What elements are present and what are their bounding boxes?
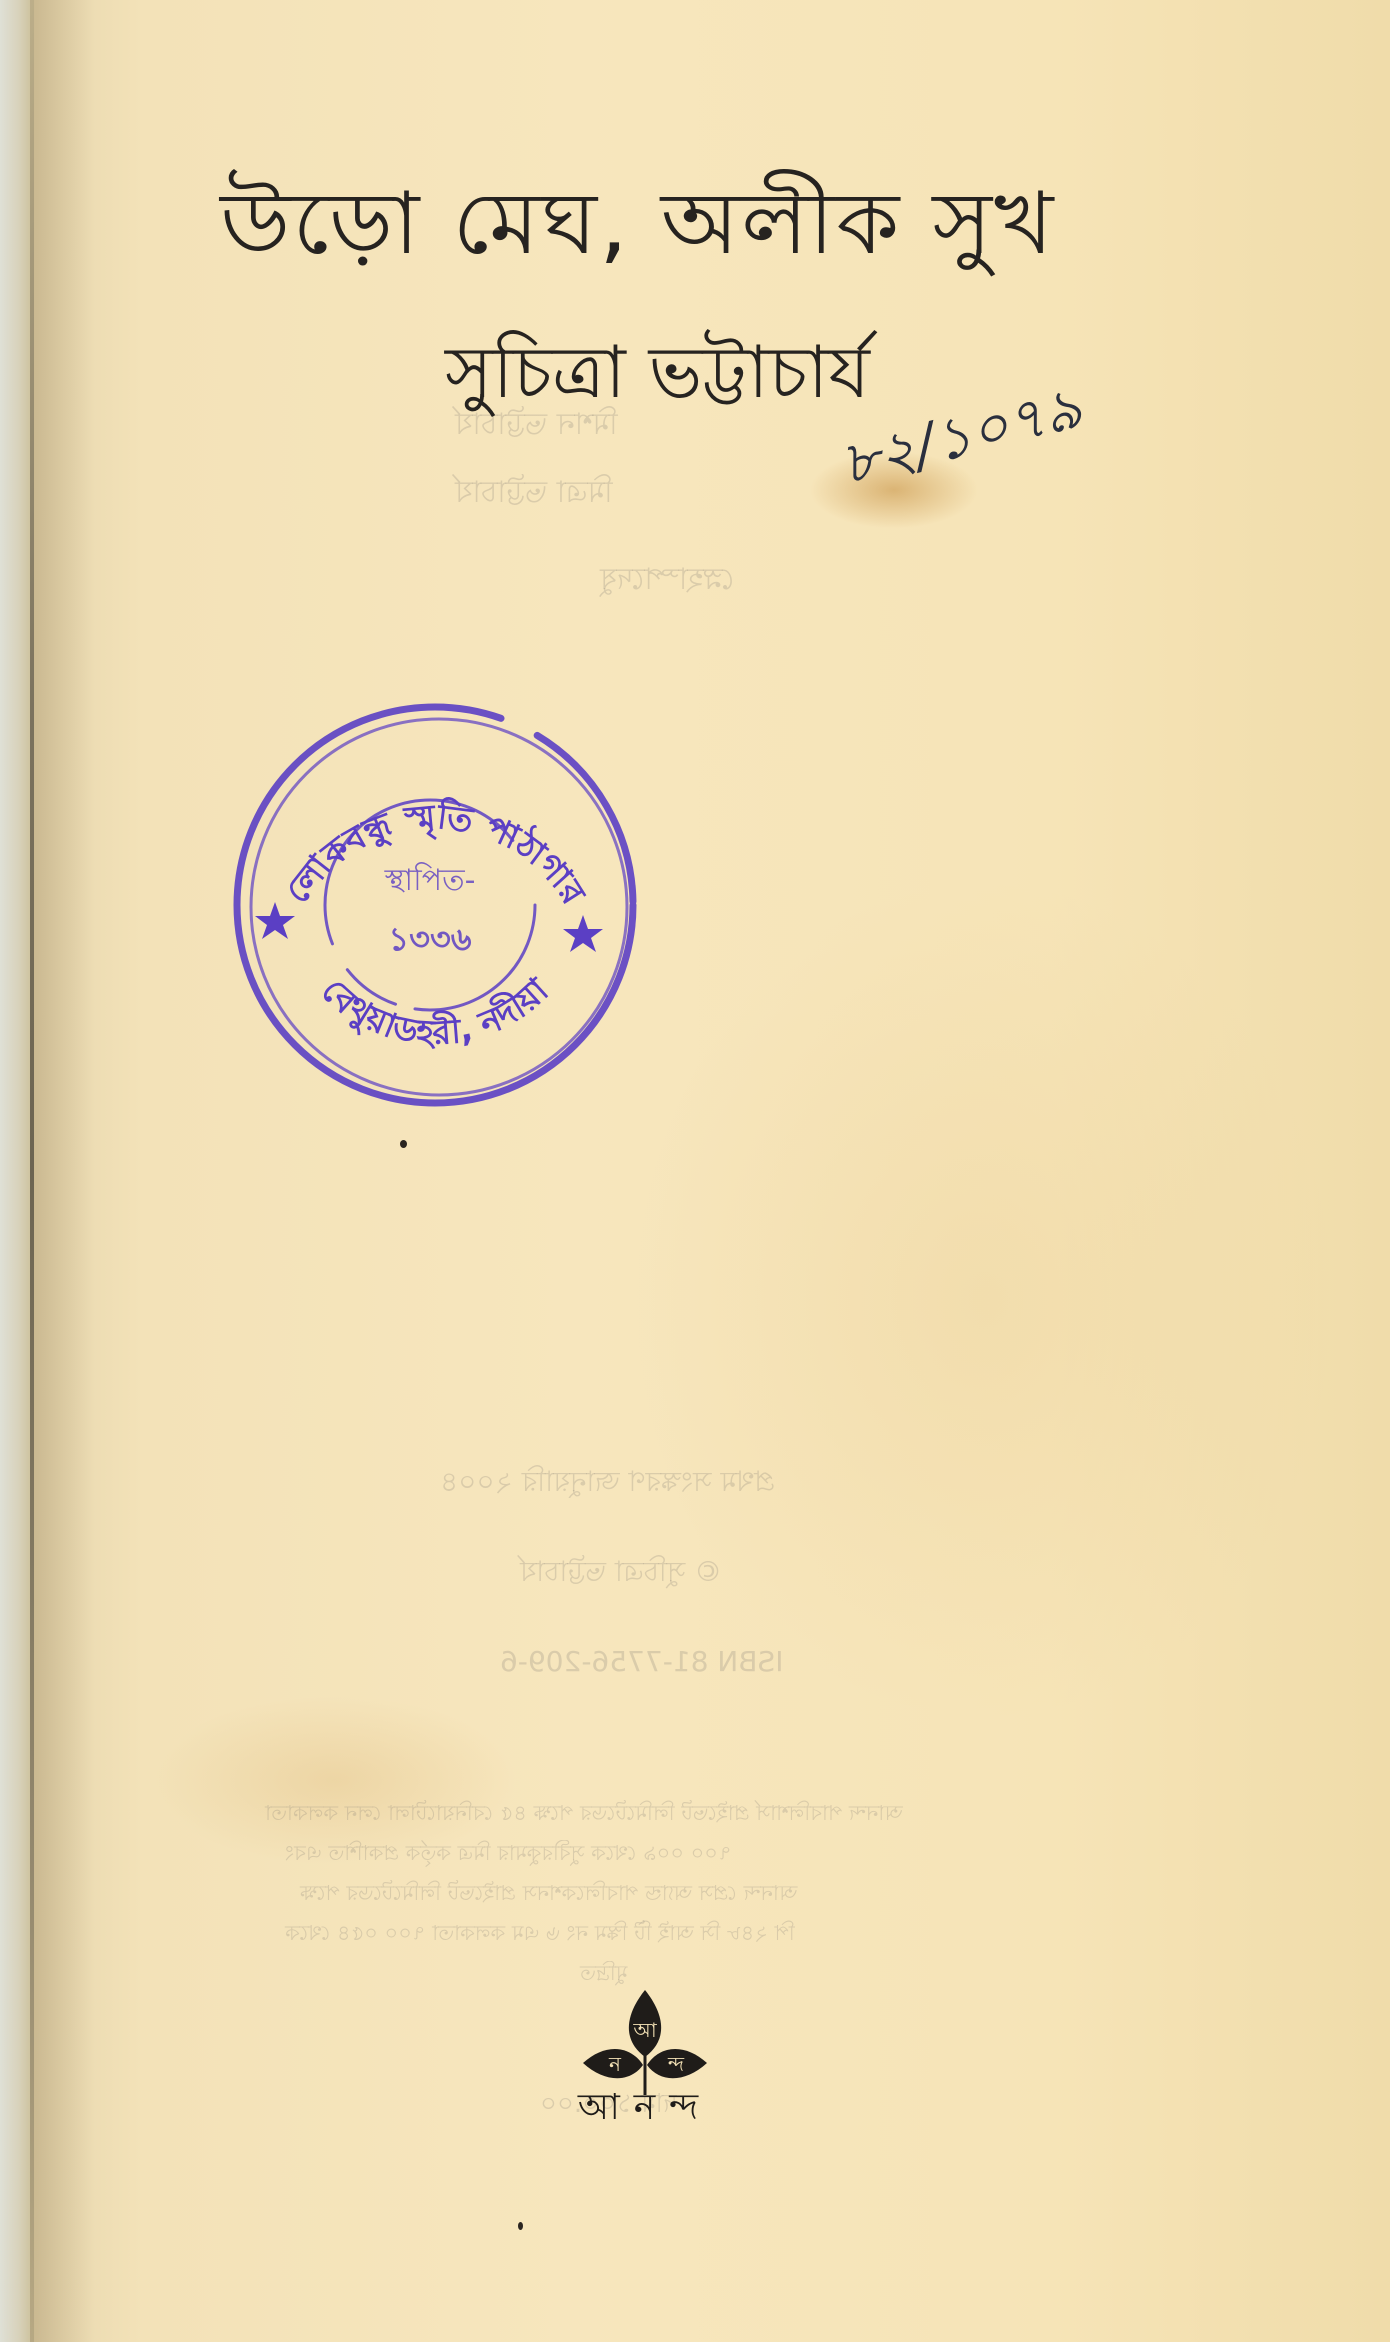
star-icon [563,915,603,952]
binding-edge [0,0,34,2342]
ghost-imprint-4: পি ২৪৮ সি আই টি স্কিম নং ৬ এম কলকাতা ৭০০… [285,1917,795,1952]
paper-speck [400,1140,407,1148]
gutter-shadow [34,0,94,2342]
svg-text:আ: আ [632,2018,657,2042]
ghost-dedication-3: স্নেহাস্পদেষু [600,555,734,606]
stamp-center-year: ১৩৩৬ [388,920,471,958]
stamp-center-label: স্থাপিত- [384,862,476,898]
svg-text:ন্দ: ন্দ [667,2052,685,2076]
ghost-isbn: ISBN 81-7756-209-6 [500,1645,784,1678]
ghost-imprint-2: ৭০০ ০০৯ থেকে সুবীরকুমার মিত্র কর্তৃক প্র… [285,1837,732,1872]
book-author: সুচিত্রা ভট্টাচার্য [445,318,870,438]
stamp-bottom-text: বেথুয়াডহরী, নদীয়া [314,970,558,1054]
ghost-imprint-3: আনন্দ প্রেস অ্যান্ড পাবলিকেশনস প্রাইভেট … [300,1877,797,1912]
paper-speck [518,2222,523,2230]
ghost-imprint-1: আনন্দ পাবলিশার্স প্রাইভেট লিমিটেডের পক্ষ… [265,1797,903,1832]
book-title: উড়ো মেঘ, অলীক সুখ [0,158,1390,301]
svg-text:ন: ন [608,2052,622,2076]
ghost-edition: প্রথম সংস্করণ জানুয়ারি ২০০৪ [440,1460,775,1507]
library-stamp: লোকবন্ধু স্মৃতি পাঠাগার বেথুয়াডহরী, নদী… [225,695,645,1115]
ghost-copyright: © সুচিত্রা ভট্টাচার্য [520,1550,722,1597]
ghost-dedication-2: মিত্রা ভট্টাচার্য [455,468,613,519]
star-icon [255,902,295,939]
publisher-name: আনন্দ [545,2080,745,2140]
